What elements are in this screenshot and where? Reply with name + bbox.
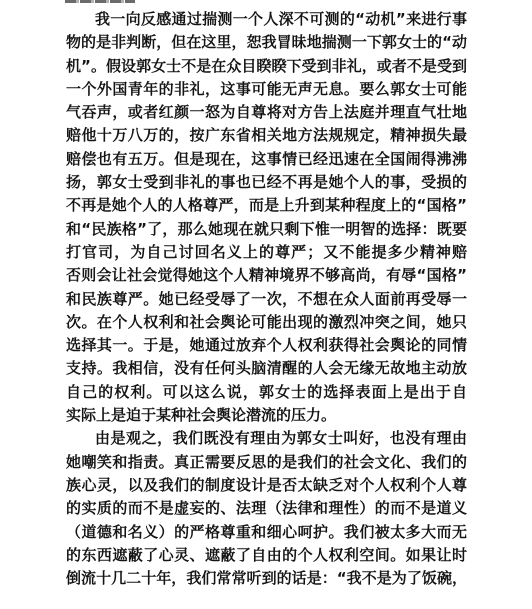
text-line: 赔偿也有五万。但是现在，这事情已经迅速在全国闹得沸沸扬 bbox=[66, 148, 467, 171]
clipped-text-fragment bbox=[65, 0, 135, 3]
text-line: 一个外国青年的非礼，这事可能无声无息。要么郭女士可能忍 bbox=[66, 78, 467, 101]
text-line: 否则会让社会觉得她这个人精神境界不够高尚，有辱“国格” bbox=[66, 264, 467, 287]
text-line: 我一向反感通过揣测一个人深不可测的“动机”来进行事 bbox=[66, 8, 467, 31]
text-line: 赔他十万八万的，按广东省相关地方法规规定，精神损失最低 bbox=[66, 124, 467, 147]
text-line: 扬，郭女士受到非礼的事也已经不再是她个人的事，受损的也 bbox=[66, 171, 467, 194]
document-page: 我一向反感通过揣测一个人深不可测的“动机”来进行事 物的是非判断，但在这里，恕我… bbox=[0, 0, 532, 609]
text-line: 选择其一。于是，她通过放弃个人权利获得社会舆论的同情和 bbox=[66, 334, 467, 357]
text-line: 由是观之，我们既没有理由为郭女士叫好，也没有理由对 bbox=[66, 427, 467, 450]
text-line: 支持。我相信，没有任何头脑清醒的人会无缘无故地主动放弃 bbox=[66, 357, 467, 380]
text-line: 不再是她个人的人格尊严，而是上升到某种程度上的“国格” bbox=[66, 194, 467, 217]
text-line: 倒流十几二十年，我们常常听到的话是：“我不是为了饭碗， bbox=[66, 567, 467, 590]
text-line: 的实质的而不是虚妄的、法理（法律和理性）的而不是道义 bbox=[66, 497, 467, 520]
text-line: 气吞声，或者红颜一怒为自尊将对方告上法庭并理直气壮地索 bbox=[66, 101, 467, 124]
text-line: （道德和名义）的严格尊重和细心呵护。我们被太多大而无当 bbox=[66, 521, 467, 544]
text-line: 机”。假设郭女士不是在众目睽睽下受到非礼，或者不是受到 bbox=[66, 55, 467, 78]
paragraph-reflection: 由是观之，我们既没有理由为郭女士叫好，也没有理由对 她嘲笑和指责。真正需要反思的… bbox=[66, 427, 467, 590]
paragraph-motive-analysis: 我一向反感通过揣测一个人深不可测的“动机”来进行事 物的是非判断，但在这里，恕我… bbox=[66, 8, 467, 427]
text-line: 物的是非判断，但在这里，恕我冒昧地揣测一下郭女士的“动 bbox=[66, 31, 467, 54]
text-line: 和“民族格”了，那么她现在就只剩下惟一明智的选择：既要 bbox=[66, 218, 467, 241]
text-line: 族心灵，以及我们的制度设计是否太缺乏对个人权利个人尊严 bbox=[66, 474, 467, 497]
text-line: 实际上是迫于某种社会舆论潜流的压力。 bbox=[66, 404, 467, 427]
text-line: 自己的权利。可以这么说，郭女士的选择表面上是出于自愿， bbox=[66, 381, 467, 404]
text-line: 她嘲笑和指责。真正需要反思的是我们的社会文化、我们的民 bbox=[66, 451, 467, 474]
text-line: 和民族尊严。她已经受辱了一次，不想在众人面前再受辱一 bbox=[66, 288, 467, 311]
text-line: 的东西遮蔽了心灵、遮蔽了自由的个人权利空间。如果让时光 bbox=[66, 544, 467, 567]
text-line: 次。在个人权利和社会舆论可能出现的激烈冲突之间，她只能 bbox=[66, 311, 467, 334]
article-body: 我一向反感通过揣测一个人深不可测的“动机”来进行事 物的是非判断，但在这里，恕我… bbox=[66, 8, 467, 590]
text-line: 打官司，为自己讨回名义上的尊严；又不能提多少精神赔偿， bbox=[66, 241, 467, 264]
